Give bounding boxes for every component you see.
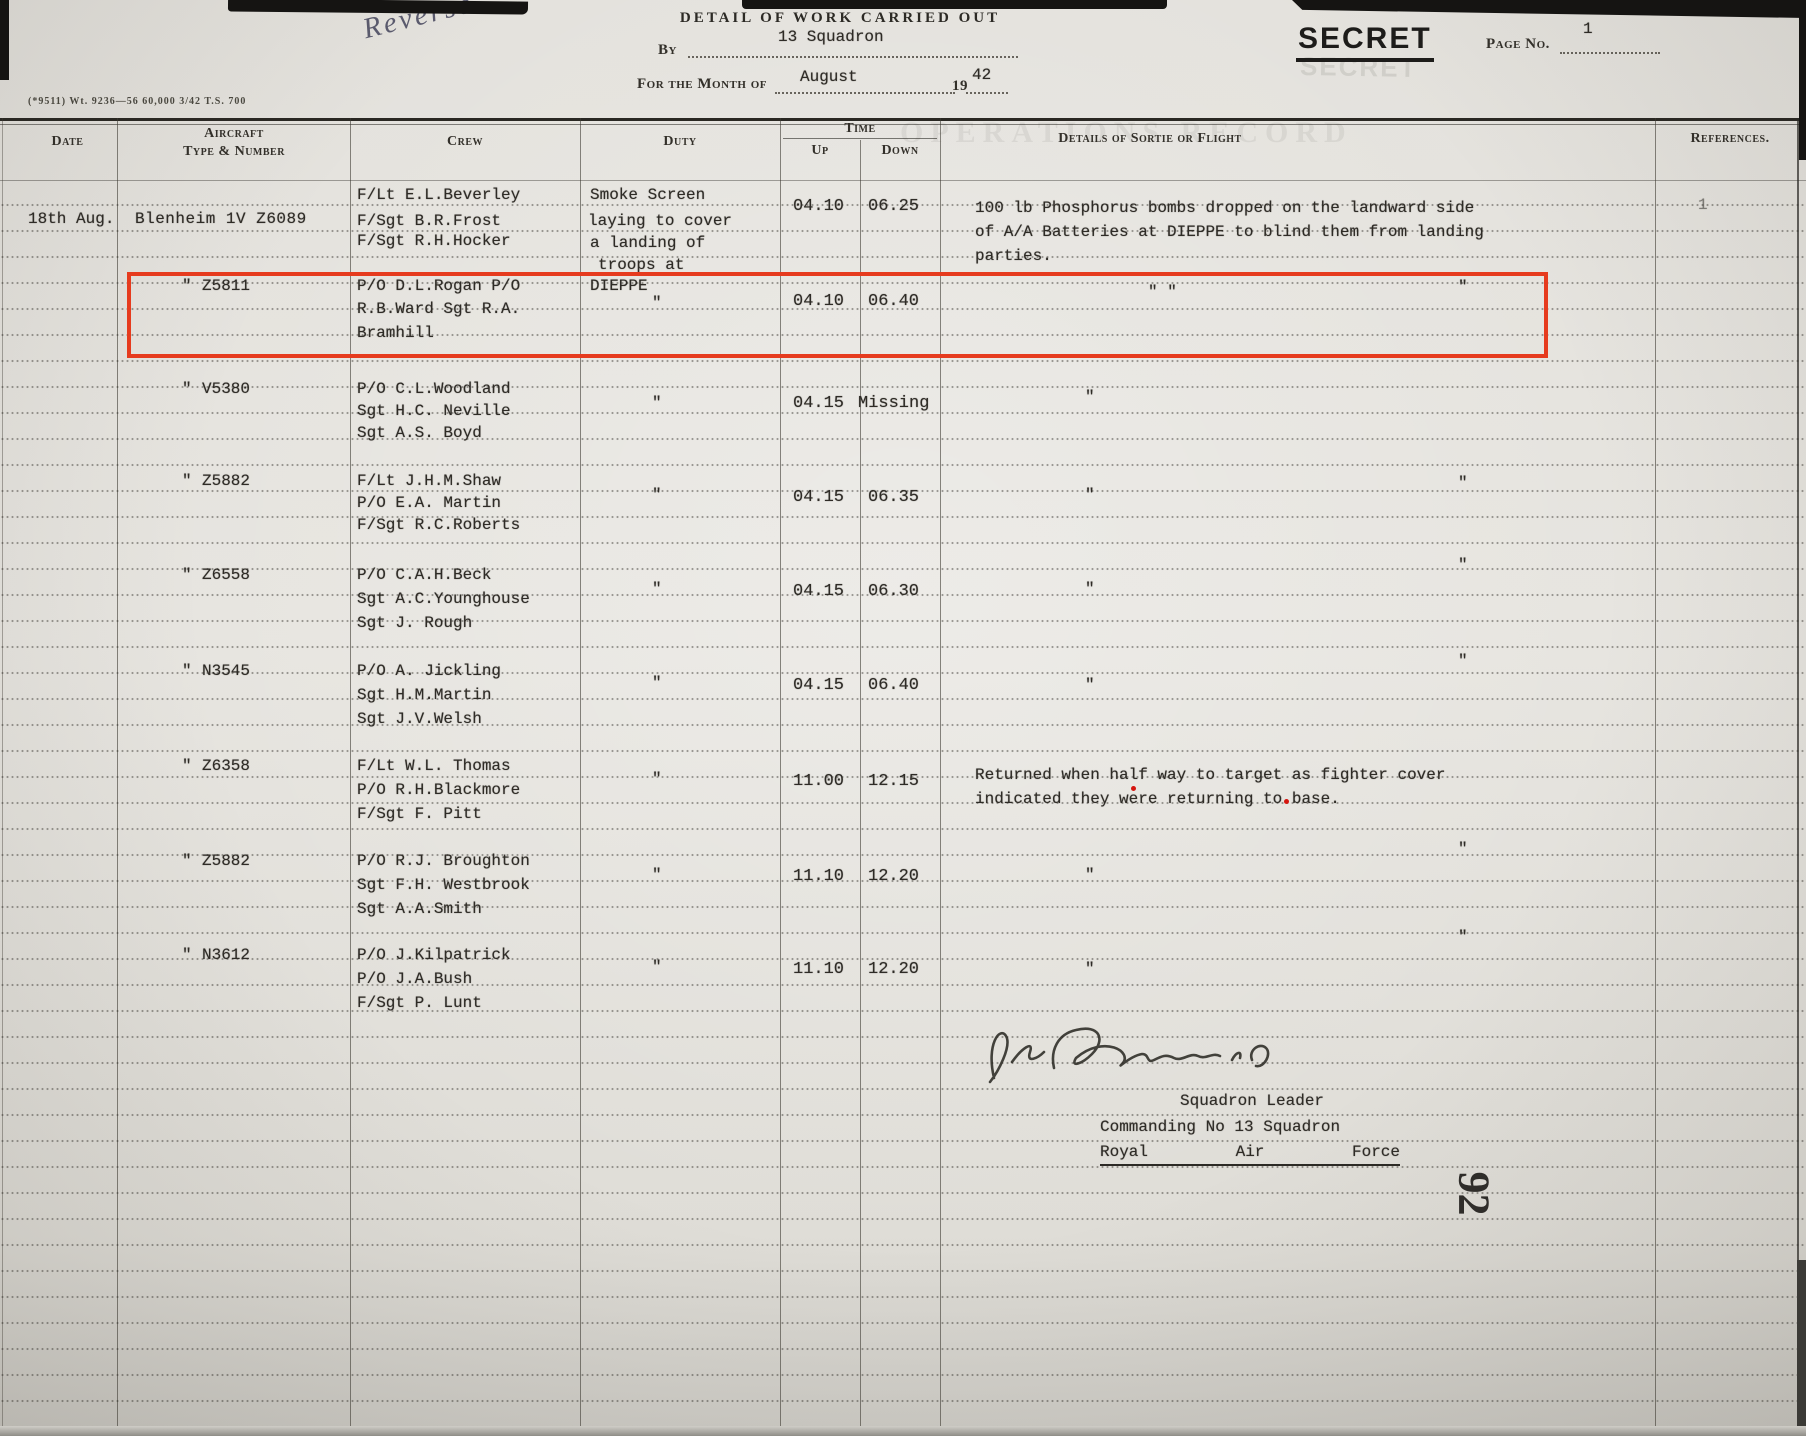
crew-name: F/Sgt F. Pitt xyxy=(357,805,482,823)
reference-ditto: " xyxy=(1458,556,1468,574)
aircraft-ditto: " xyxy=(182,472,192,490)
details-ditto: " xyxy=(1085,388,1095,406)
red-dot-marker xyxy=(1131,786,1136,791)
year-dotted-line xyxy=(966,92,1008,94)
time-down: 06.25 xyxy=(868,197,919,216)
reference-value: 1 xyxy=(1698,196,1708,214)
month-dotted-line xyxy=(775,92,955,94)
crew-name: Sgt J. Rough xyxy=(357,614,472,632)
crew-name: P/O C.A.H.Beck xyxy=(357,566,491,584)
force-word: Air xyxy=(1236,1143,1265,1161)
col-header-details: Details of Sortie or Flight xyxy=(950,131,1350,147)
reference-ditto: " xyxy=(1458,928,1468,946)
scan-artifact-top-center xyxy=(742,0,1167,9)
signature-command-line: Commanding No 13 Squadron xyxy=(1100,1118,1340,1136)
page-no-value: 1 xyxy=(1583,20,1593,38)
aircraft-number: Z5882 xyxy=(202,472,250,490)
scan-artifact-left-edge xyxy=(0,0,9,80)
crew-name: Sgt A.C.Younghouse xyxy=(357,590,530,608)
time-up: 11.10 xyxy=(793,867,844,886)
crew-name: F/Sgt R.C.Roberts xyxy=(357,516,520,534)
aircraft-ditto: " xyxy=(182,566,192,584)
details-ditto: " xyxy=(1085,676,1095,694)
page-right-rule xyxy=(1797,118,1799,1436)
time-down: 12.15 xyxy=(868,772,919,791)
by-dotted-line xyxy=(688,56,1018,58)
year-prefix: 19 xyxy=(952,78,968,95)
by-label: By xyxy=(658,42,677,59)
crew-name: Sgt F.H. Westbrook xyxy=(357,876,530,894)
crew-name: P/O E.A. Martin xyxy=(357,494,501,512)
page-no-dotted-line xyxy=(1560,52,1660,54)
secret-stamp: SECRET xyxy=(1296,22,1434,62)
crew-name: Sgt J.V.Welsh xyxy=(357,710,482,728)
crew-name: F/Lt J.H.M.Shaw xyxy=(357,472,501,490)
form-title: DETAIL OF WORK CARRIED OUT xyxy=(640,10,1040,27)
month-label: For the Month of xyxy=(637,76,767,93)
year-value: 42 xyxy=(972,66,991,84)
header-bottom-rule xyxy=(0,180,1806,181)
col-header-up: Up xyxy=(782,143,858,159)
time-down: 12.20 xyxy=(868,867,919,886)
details-ditto: " xyxy=(1085,486,1095,504)
time-down: 12.20 xyxy=(868,960,919,979)
col-header-duty: Duty xyxy=(582,134,778,150)
duty-ditto: " xyxy=(652,486,662,504)
crew-name: F/Sgt P. Lunt xyxy=(357,994,482,1012)
col-header-date: Date xyxy=(20,134,115,150)
form-imprint: (*9511) Wt. 9236—56 60,000 3/42 T.S. 700 xyxy=(28,96,246,107)
aircraft-ditto: " xyxy=(182,380,192,398)
duty-ditto: " xyxy=(652,866,662,884)
row-aircraft: Blenheim 1V Z6089 xyxy=(135,210,307,228)
month-value: August xyxy=(800,68,858,86)
aircraft-number: Z5882 xyxy=(202,852,250,870)
document-page: OPERATIONS RECORD SECRET Reverse DETAIL … xyxy=(0,0,1806,1436)
signature-force-line: Royal Air Force xyxy=(1100,1143,1400,1166)
duty-line: a landing of xyxy=(590,234,705,252)
crew-name: Sgt A.A.Smith xyxy=(357,900,482,918)
col-header-aircraft: Aircraft xyxy=(120,126,348,142)
duty-ditto: " xyxy=(652,958,662,976)
reference-ditto: " xyxy=(1458,474,1468,492)
col-header-crew: Crew xyxy=(352,134,578,150)
ruled-dotted-lines xyxy=(0,182,1806,1436)
crew-name: F/Sgt B.R.Frost xyxy=(357,212,501,230)
scan-artifact-right-edge-top xyxy=(1799,0,1806,160)
time-up: 04.15 xyxy=(793,394,844,413)
table-left-edge xyxy=(2,118,3,1436)
aircraft-ditto: " xyxy=(182,946,192,964)
col-line-details xyxy=(1655,118,1656,1436)
details-line: Returned when half way to target as figh… xyxy=(975,766,1445,784)
time-underline xyxy=(783,138,937,139)
crew-name: F/Sgt R.H.Hocker xyxy=(357,232,511,250)
crew-name: Sgt A.S. Boyd xyxy=(357,424,482,442)
details-line: parties. xyxy=(975,247,1052,265)
duty-ditto: " xyxy=(652,674,662,692)
details-ditto: " xyxy=(1085,866,1095,884)
page-edge-number: 92 xyxy=(1449,1172,1500,1216)
time-up: 04.10 xyxy=(793,197,844,216)
signature-handwriting xyxy=(980,1014,1310,1096)
duty-line: laying to cover xyxy=(588,212,732,230)
aircraft-number: N3545 xyxy=(202,662,250,680)
col-header-aircraft-2: Type & Number xyxy=(120,144,348,160)
crew-name: P/O R.H.Blackmore xyxy=(357,781,520,799)
duty-ditto: " xyxy=(652,394,662,412)
unit-name: 13 Squadron xyxy=(778,28,884,46)
aircraft-number: Z6558 xyxy=(202,566,250,584)
crew-name: Sgt H.C. Neville xyxy=(357,402,511,420)
crew-name: P/O C.L.Woodland xyxy=(357,380,511,398)
crew-name: P/O J.A.Bush xyxy=(357,970,472,988)
col-header-down: Down xyxy=(862,143,938,159)
aircraft-number: Z6358 xyxy=(202,757,250,775)
time-up: 11.00 xyxy=(793,772,844,791)
details-ditto: " xyxy=(1085,960,1095,978)
row-date: 18th Aug. xyxy=(28,210,114,228)
page-no-label: Page No. xyxy=(1486,36,1550,53)
aircraft-ditto: " xyxy=(182,757,192,775)
time-up: 04.15 xyxy=(793,676,844,695)
red-dot-marker xyxy=(1284,799,1289,804)
col-header-time: Time xyxy=(782,121,938,137)
reference-ditto: " xyxy=(1458,840,1468,858)
highlight-box xyxy=(127,272,1548,358)
scan-artifact-bottom-edge xyxy=(0,1426,1806,1436)
reference-ditto: " xyxy=(1458,652,1468,670)
time-up: 04.15 xyxy=(793,582,844,601)
crew-name: F/Lt E.L.Beverley xyxy=(357,186,520,204)
details-line: of A/A Batteries at DIEPPE to blind them… xyxy=(975,223,1484,241)
aircraft-ditto: " xyxy=(182,662,192,680)
col-line-date xyxy=(117,118,118,1436)
crew-name: F/Lt W.L. Thomas xyxy=(357,757,511,775)
scan-artifact-right-edge-bottom xyxy=(1797,1260,1806,1436)
crew-name: P/O A. Jickling xyxy=(357,662,501,680)
details-ditto: " xyxy=(1085,580,1095,598)
crew-name: Sgt H.M.Martin xyxy=(357,686,491,704)
force-word: Force xyxy=(1352,1143,1400,1161)
force-word: Royal xyxy=(1100,1143,1148,1161)
aircraft-number: V5380 xyxy=(202,380,250,398)
time-down: 06.35 xyxy=(868,488,919,507)
crew-name: P/O R.J. Broughton xyxy=(357,852,530,870)
duty-line: Smoke Screen xyxy=(590,186,705,204)
details-line: 100 lb Phosphorus bombs dropped on the l… xyxy=(975,199,1474,217)
duty-ditto: " xyxy=(652,580,662,598)
time-down: Missing xyxy=(858,394,929,413)
signature-rank: Squadron Leader xyxy=(1180,1092,1324,1110)
duty-ditto: " xyxy=(652,770,662,788)
col-header-references: References. xyxy=(1660,131,1800,147)
time-down: 06.30 xyxy=(868,582,919,601)
time-up: 04.15 xyxy=(793,488,844,507)
time-down: 06.40 xyxy=(868,676,919,695)
aircraft-number: N3612 xyxy=(202,946,250,964)
time-up: 11.10 xyxy=(793,960,844,979)
aircraft-ditto: " xyxy=(182,852,192,870)
scan-artifact-top-right xyxy=(1292,0,1806,18)
scan-artifact-top-left xyxy=(228,0,528,15)
crew-name: P/O J.Kilpatrick xyxy=(357,946,511,964)
